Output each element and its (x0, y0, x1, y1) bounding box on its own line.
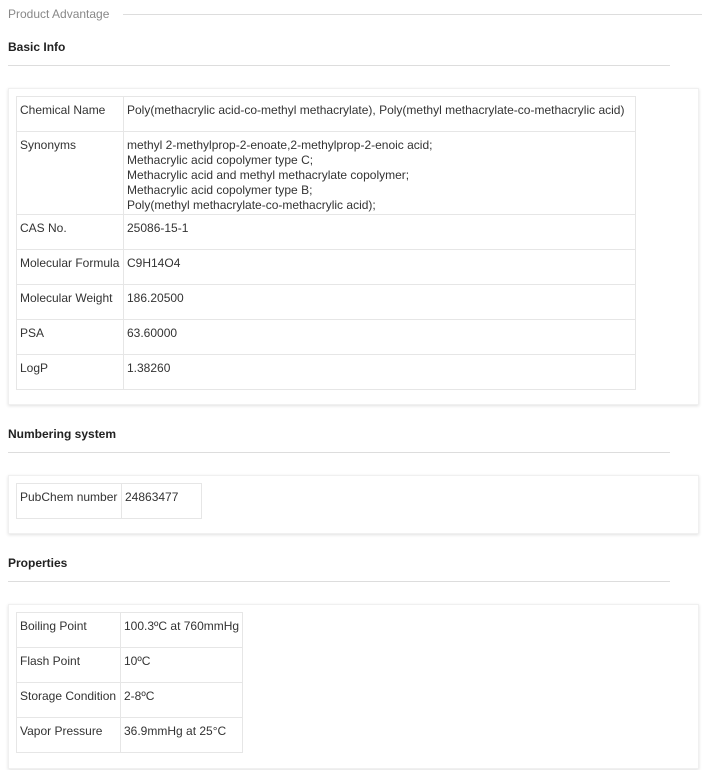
heading-divider (123, 14, 702, 15)
row-value: 2-8ºC (121, 683, 243, 718)
synonyms-value: methyl 2-methylprop-2-enoate,2-methylpro… (124, 132, 636, 215)
properties-table: Boiling Point 100.3ºC at 760mmHg Flash P… (16, 612, 243, 753)
table-row: Synonyms methyl 2-methylprop-2-enoate,2-… (17, 132, 636, 215)
row-label: Boiling Point (17, 613, 121, 648)
row-label: Storage Condition (17, 683, 121, 718)
row-label: Flash Point (17, 648, 121, 683)
basic-info-divider (8, 65, 670, 66)
row-value: 25086-15-1 (124, 215, 636, 250)
row-value: 24863477 (122, 484, 202, 519)
row-label: Molecular Formula (17, 250, 124, 285)
properties-card: Boiling Point 100.3ºC at 760mmHg Flash P… (8, 604, 699, 769)
row-value: 1.38260 (124, 355, 636, 390)
synonym-item: Methacrylic acid copolymer type C; (127, 153, 632, 168)
synonym-item: Methacrylic acid and methyl methacrylate… (127, 168, 632, 183)
table-row: PubChem number 24863477 (17, 484, 202, 519)
table-row: Storage Condition 2-8ºC (17, 683, 243, 718)
row-value: 186.20500 (124, 285, 636, 320)
table-row: LogP 1.38260 (17, 355, 636, 390)
row-label: PubChem number (17, 484, 122, 519)
row-value: Poly(methacrylic acid-co-methyl methacry… (124, 97, 636, 132)
row-label: Molecular Weight (17, 285, 124, 320)
synonym-item: methyl 2-methylprop-2-enoate,2-methylpro… (127, 138, 632, 153)
row-value: 63.60000 (124, 320, 636, 355)
product-advantage-heading: Product Advantage (8, 7, 109, 21)
table-row: Molecular Weight 186.20500 (17, 285, 636, 320)
synonym-item: Poly(methyl methacrylate-co-methacrylic … (127, 198, 632, 213)
row-label: PSA (17, 320, 124, 355)
table-row: Flash Point 10ºC (17, 648, 243, 683)
basic-info-title: Basic Info (8, 40, 65, 54)
table-row: PSA 63.60000 (17, 320, 636, 355)
table-row: Chemical Name Poly(methacrylic acid-co-m… (17, 97, 636, 132)
basic-info-table: Chemical Name Poly(methacrylic acid-co-m… (16, 96, 636, 390)
row-label: Vapor Pressure (17, 718, 121, 753)
row-label: CAS No. (17, 215, 124, 250)
row-value: 100.3ºC at 760mmHg (121, 613, 243, 648)
table-row: CAS No. 25086-15-1 (17, 215, 636, 250)
properties-title: Properties (8, 556, 67, 570)
row-value: 10ºC (121, 648, 243, 683)
table-row: Vapor Pressure 36.9mmHg at 25°C (17, 718, 243, 753)
table-row: Boiling Point 100.3ºC at 760mmHg (17, 613, 243, 648)
properties-divider (8, 581, 670, 582)
synonym-item: Methacrylic acid copolymer type B; (127, 183, 632, 198)
row-label: Synonyms (17, 132, 124, 215)
table-row: Molecular Formula C9H14O4 (17, 250, 636, 285)
numbering-system-title: Numbering system (8, 427, 116, 441)
row-label: Chemical Name (17, 97, 124, 132)
numbering-system-card: PubChem number 24863477 (8, 475, 699, 534)
numbering-system-table: PubChem number 24863477 (16, 483, 202, 519)
numbering-system-divider (8, 452, 670, 453)
row-value: C9H14O4 (124, 250, 636, 285)
row-label: LogP (17, 355, 124, 390)
basic-info-card: Chemical Name Poly(methacrylic acid-co-m… (8, 88, 699, 405)
row-value: 36.9mmHg at 25°C (121, 718, 243, 753)
